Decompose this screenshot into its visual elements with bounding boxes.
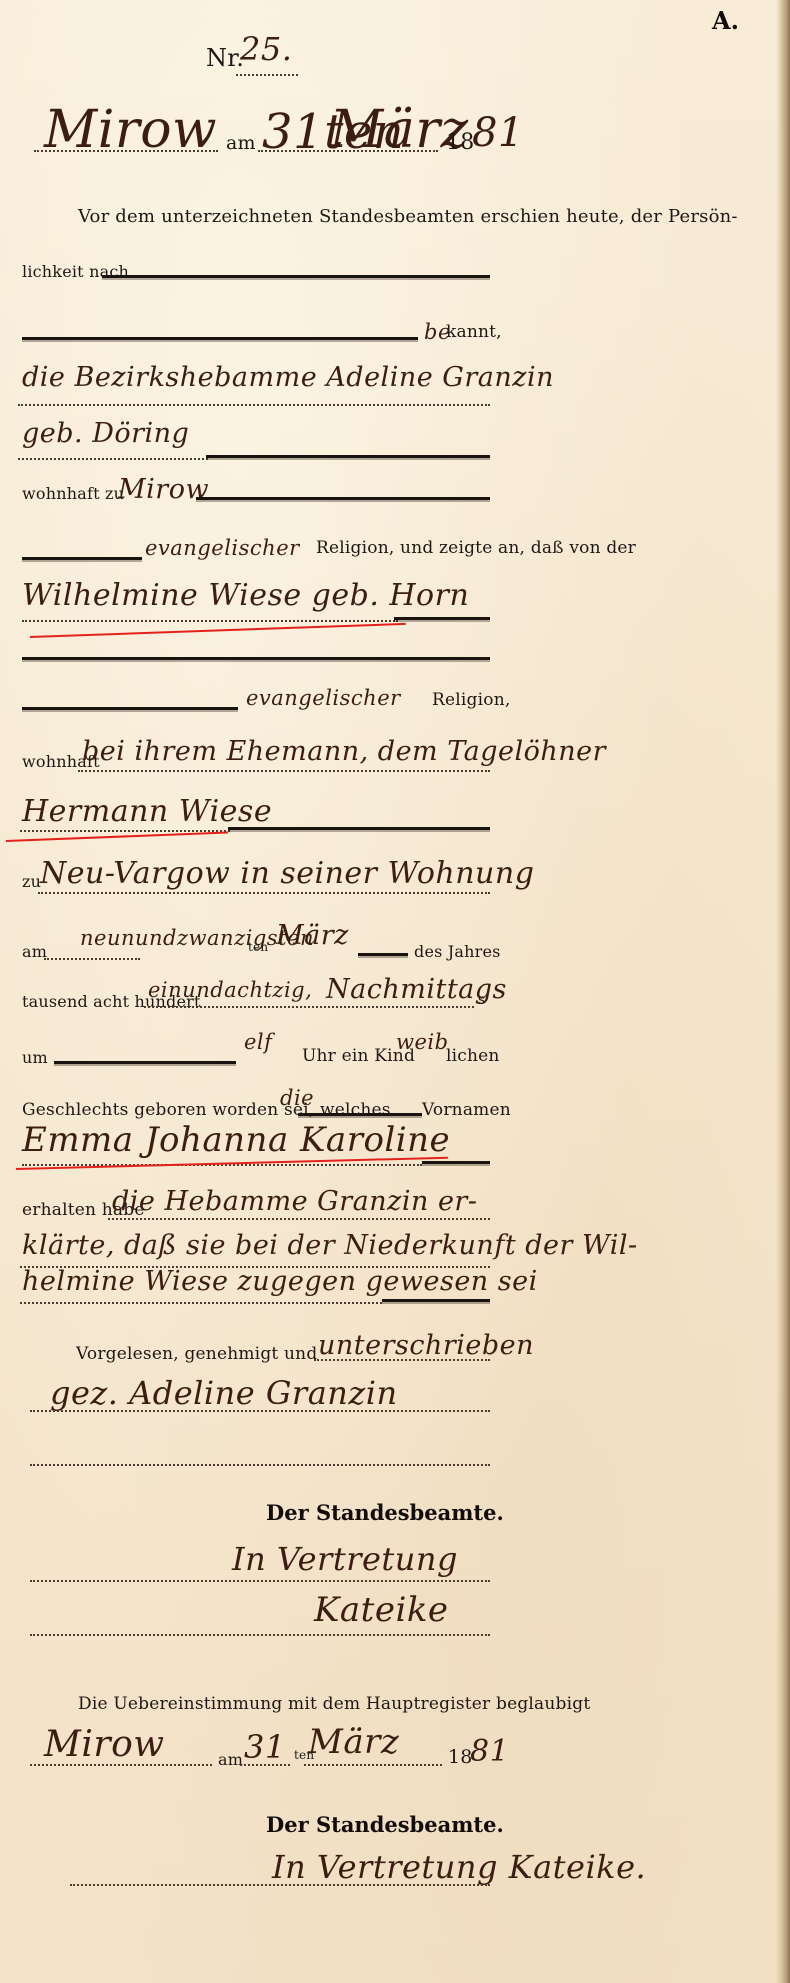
certification-year-prefix: 18 [448,1746,473,1768]
birth-hour: elf [244,1030,272,1054]
birth-year-words: einundachtzig, [148,978,312,1002]
dotted-line [144,1006,474,1008]
given-names-label: Vornamen [422,1100,511,1120]
remarks-line-3: helmine Wiese zugegen gewesen sei [22,1266,538,1297]
birth-month: März [276,920,349,951]
record-number: 25. [240,30,292,68]
dotted-line [70,1884,490,1886]
dotted-line [30,1410,490,1412]
red-underline-mother [30,623,406,638]
red-underline-husband [6,831,228,842]
blank-line [298,1113,422,1116]
intro-line-2-label: lichkeit nach [22,262,129,281]
dotted-line [304,1764,442,1766]
dotted-line [18,458,208,460]
birth-sex-suffix: lichen [446,1046,500,1066]
dotted-line [30,1464,490,1466]
blank-line [196,497,490,500]
dotted-line [30,1580,490,1582]
birth-um-label: um [22,1048,48,1067]
number-dotted-line [236,74,298,76]
mother-place-label: zu [22,872,41,891]
child-name: Emma Johanna Karoline [22,1120,450,1160]
header-year-prefix: 18 [446,130,474,155]
blank-line [22,657,490,660]
date-dotted-line [258,150,438,152]
birth-gender-label: Geschlechts geboren worden sei, welches [22,1100,391,1120]
blank-line [102,275,490,278]
mother-name: Wilhelmine Wiese geb. Horn [22,578,469,613]
blank-line [54,1061,236,1064]
blank-line [206,455,490,458]
certification-text: Die Uebereinstimmung mit dem Hauptregist… [78,1694,590,1714]
header-am-label: am [226,132,256,154]
dotted-line [38,892,490,894]
remarks-line-2: klärte, daß sie bei der Niederkunft der … [22,1230,638,1261]
informant-religion: evangelischer [145,536,300,560]
known-label: kannt, [446,322,502,342]
register-page: A. Nr. 25. Mirow am 31ten März 18 81 Vor… [0,0,790,1983]
intro-line-1: Vor dem unterzeichneten Standesbeamten e… [78,206,738,227]
number-label: Nr. [206,44,244,72]
dotted-line [30,1764,212,1766]
official-title-1: Der Standesbeamte. [266,1500,504,1525]
place-dotted-line [34,150,218,152]
certification-day: 31 [244,1728,286,1766]
dotted-line [314,1359,490,1361]
birth-ten-label: ten [248,940,268,954]
blank-line [22,707,238,710]
dotted-line [20,1302,382,1304]
book-spine-edge [776,0,790,1983]
certification-place: Mirow [44,1724,165,1765]
remarks-line-1: die Hebamme Granzin er- [112,1186,477,1217]
mother-religion: evangelischer [246,686,401,710]
official-1-signature: Kateike [314,1590,449,1630]
approval-value: unterschrieben [318,1330,534,1361]
dotted-line [18,404,490,406]
informant-line-2: geb. Döring [22,418,189,449]
informant-residence: Mirow [118,474,209,505]
dotted-line [44,958,140,960]
informant-residence-label: wohnhaft zu [22,484,124,503]
blank-line [394,617,490,620]
birth-year-label: des Jahres [414,942,501,961]
dotted-line [108,1218,490,1220]
mother-place: Neu-Vargow in seiner Wohnung [40,856,534,891]
certification-year-suffix: 81 [470,1734,509,1769]
certification-month: März [308,1722,399,1762]
dotted-line [22,620,398,622]
blank-line [382,1299,490,1302]
dotted-line [30,1634,490,1636]
blank-line [22,557,142,560]
birth-time-suffix: s [478,992,485,1008]
mother-residence-line-1: bei ihrem Ehemann, dem Tagelöhner [82,736,606,767]
blank-line [228,827,490,830]
mother-religion-label: Religion, [432,690,510,710]
certification-am-label: am [218,1750,243,1769]
informant-religion-label: Religion, und zeigte an, daß von der [316,538,636,558]
informant-signature: gez. Adeline Granzin [50,1374,398,1412]
form-letter: A. [712,6,739,35]
approval-label: Vorgelesen, genehmigt und [76,1344,317,1364]
blank-line [358,953,408,956]
blank-line [22,337,418,340]
birth-article: die [280,1086,314,1110]
husband-name: Hermann Wiese [22,794,272,829]
blank-line [422,1161,490,1164]
official-title-2: Der Standesbeamte. [266,1812,504,1837]
official-1-line-1: In Vertretung [232,1540,458,1578]
header-year-suffix: 81 [472,110,524,156]
dotted-line [78,770,490,772]
dotted-line [240,1764,290,1766]
informant-line-1: die Bezirkshebamme Adeline Granzin [22,362,554,393]
birth-sex: weib [396,1030,449,1054]
official-2-signature: In Vertretung Kateike. [272,1848,646,1886]
